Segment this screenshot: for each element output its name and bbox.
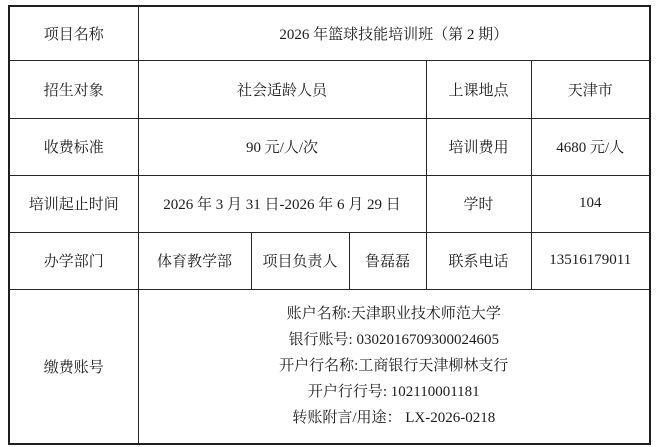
table-row: 培训起止时间 2026 年 3 月 31 日-2026 年 6 月 29 日 学… (9, 175, 650, 232)
enrollment-target-value: 社会适龄人员 (138, 60, 426, 118)
table-row: 收费标准 90 元/人/次 培训费用 4680 元/人 (9, 118, 650, 175)
table-row: 招生对象 社会适龄人员 上课地点 天津市 (9, 60, 650, 118)
contact-phone-label: 联系电话 (426, 232, 531, 289)
class-location-value: 天津市 (531, 60, 650, 118)
enrollment-target-label: 招生对象 (9, 60, 138, 118)
training-info-table: 项目名称 2026 年篮球技能培训班（第 2 期） 招生对象 社会适龄人员 上课… (8, 5, 651, 445)
contact-phone-value: 13516179011 (531, 232, 650, 289)
training-period-label: 培训起止时间 (9, 175, 138, 232)
project-leader-value: 鲁磊磊 (349, 232, 426, 289)
transfer-memo-line: 转账附言/用途： LX-2026-0218 (139, 405, 650, 431)
department-label: 办学部门 (9, 232, 138, 289)
payment-account-details: 账户名称:天津职业技术师范大学 银行账号: 030201670930002460… (138, 289, 650, 444)
fee-standard-label: 收费标准 (9, 118, 138, 175)
fee-standard-value: 90 元/人/次 (138, 118, 426, 175)
bank-account-number-line: 银行账号: 0302016709300024605 (139, 327, 650, 353)
project-name-value: 2026 年篮球技能培训班（第 2 期） (138, 6, 650, 60)
class-location-label: 上课地点 (426, 60, 531, 118)
bank-name-line: 开户行名称:工商银行天津柳林支行 (139, 353, 650, 379)
table-row: 项目名称 2026 年篮球技能培训班（第 2 期） (9, 6, 650, 60)
class-hours-label: 学时 (426, 175, 531, 232)
class-hours-value: 104 (531, 175, 650, 232)
project-leader-label: 项目负责人 (251, 232, 349, 289)
training-info-page: 项目名称 2026 年篮球技能培训班（第 2 期） 招生对象 社会适龄人员 上课… (0, 0, 656, 447)
training-fee-label: 培训费用 (426, 118, 531, 175)
table-row: 缴费账号 账户名称:天津职业技术师范大学 银行账号: 0302016709300… (9, 289, 650, 444)
training-period-value: 2026 年 3 月 31 日-2026 年 6 月 29 日 (138, 175, 426, 232)
account-name-line: 账户名称:天津职业技术师范大学 (139, 301, 650, 327)
table-row: 办学部门 体育教学部 项目负责人 鲁磊磊 联系电话 13516179011 (9, 232, 650, 289)
department-value: 体育教学部 (138, 232, 251, 289)
project-name-label: 项目名称 (9, 6, 138, 60)
bank-branch-code-line: 开户行行号: 102110001181 (139, 379, 650, 405)
payment-account-label: 缴费账号 (9, 289, 138, 444)
training-fee-value: 4680 元/人 (531, 118, 650, 175)
